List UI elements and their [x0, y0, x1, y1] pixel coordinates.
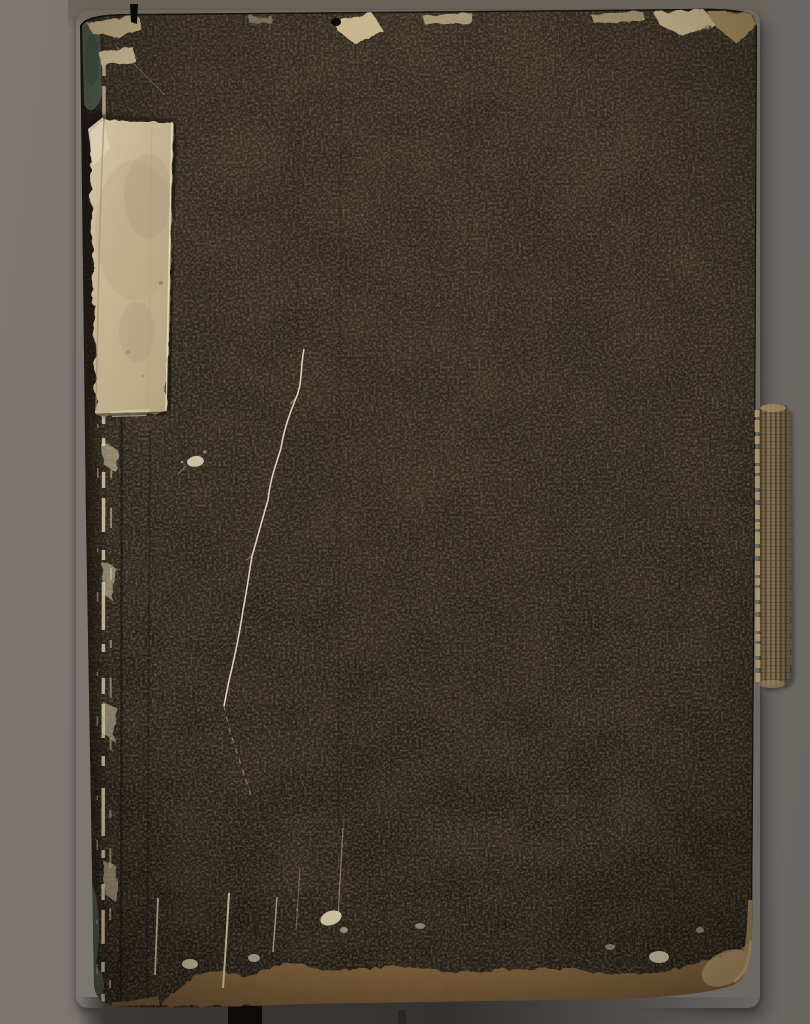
tab-fray-edge [757, 410, 758, 682]
photo-stage [0, 0, 810, 1024]
fore-edge-tab [757, 404, 795, 691]
paper-label [85, 109, 175, 417]
headcap-gap [130, 4, 138, 24]
book-cover [0, 0, 810, 1024]
